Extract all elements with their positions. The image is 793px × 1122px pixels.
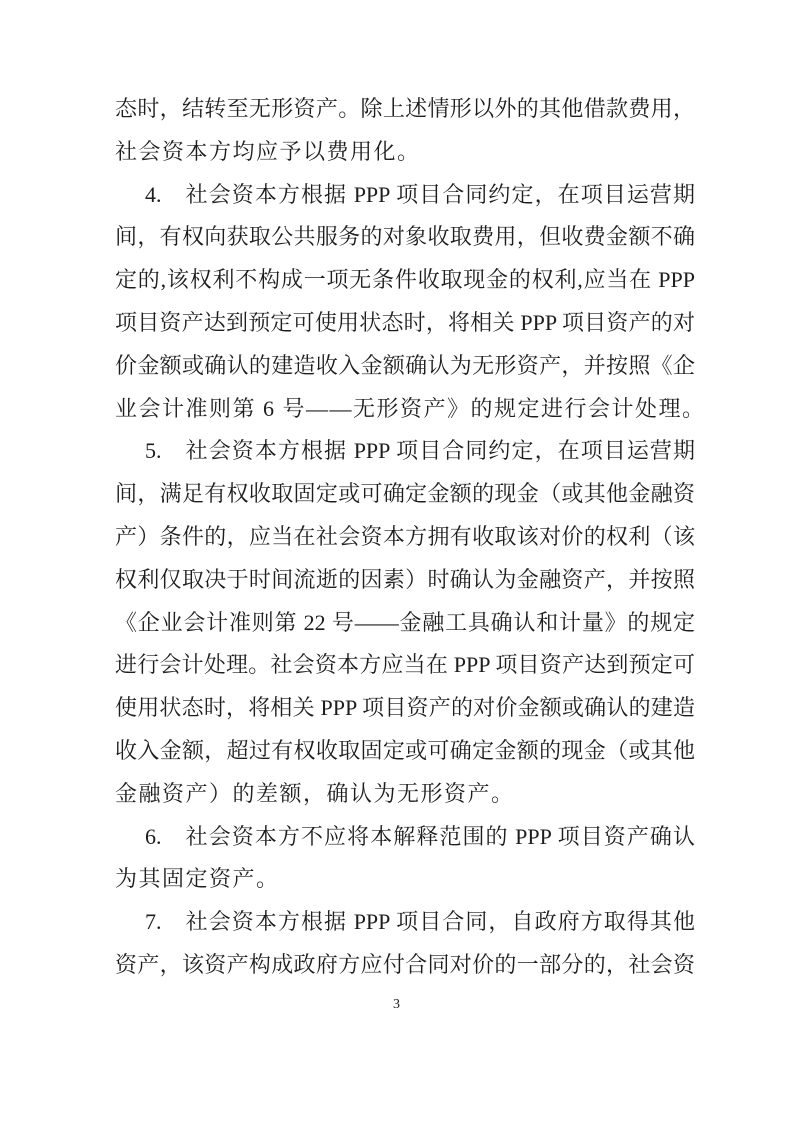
text-line: 项目资产达到预定可使用状态时，将相关 PPP 项目资产的对 — [115, 302, 695, 345]
text-line: 间，满足有权收取固定或可确定金额的现金（或其他金融资 — [115, 473, 695, 516]
text-line: 6. 社会资本方不应将本解释范围的 PPP 项目资产确认 — [115, 816, 695, 859]
text-line: 资产，该资产构成政府方应付合同对价的一部分的，社会资 — [115, 944, 695, 987]
text-line: 价金额或确认的建造收入金额确认为无形资产，并按照《企 — [115, 345, 695, 388]
text-line: 社会资本方均应予以费用化。 — [115, 131, 695, 174]
text-line: 7. 社会资本方根据 PPP 项目合同，自政府方取得其他 — [115, 901, 695, 944]
text-line: 权利仅取决于时间流逝的因素）时确认为金融资产，并按照 — [115, 559, 695, 602]
text-line: 产）条件的，应当在社会资本方拥有收取该对价的权利（该 — [115, 516, 695, 559]
text-line: 使用状态时，将相关 PPP 项目资产的对价金额或确认的建造 — [115, 687, 695, 730]
document-body: 态时，结转至无形资产。除上述情形以外的其他借款费用，社会资本方均应予以费用化。4… — [115, 88, 695, 987]
text-line: 定的,该权利不构成一项无条件收取现金的权利,应当在 PPP — [115, 259, 695, 302]
page-footer: 3 — [0, 995, 793, 1013]
text-line: 业会计准则第 6 号——无形资产》的规定进行会计处理。 — [115, 388, 695, 431]
text-line: 收入金额，超过有权收取固定或可确定金额的现金（或其他 — [115, 730, 695, 773]
text-line: 金融资产）的差额，确认为无形资产。 — [115, 773, 695, 816]
text-line: 《企业会计准则第 22 号——金融工具确认和计量》的规定 — [115, 602, 695, 645]
text-line: 态时，结转至无形资产。除上述情形以外的其他借款费用， — [115, 88, 695, 131]
text-line: 进行会计处理。社会资本方应当在 PPP 项目资产达到预定可 — [115, 644, 695, 687]
text-line: 5. 社会资本方根据 PPP 项目合同约定，在项目运营期 — [115, 430, 695, 473]
document-page: 态时，结转至无形资产。除上述情形以外的其他借款费用，社会资本方均应予以费用化。4… — [0, 0, 793, 1122]
text-line: 4. 社会资本方根据 PPP 项目合同约定，在项目运营期 — [115, 174, 695, 217]
text-line: 为其固定资产。 — [115, 858, 695, 901]
text-line: 间，有权向获取公共服务的对象收取费用，但收费金额不确 — [115, 216, 695, 259]
page-number: 3 — [393, 997, 400, 1012]
